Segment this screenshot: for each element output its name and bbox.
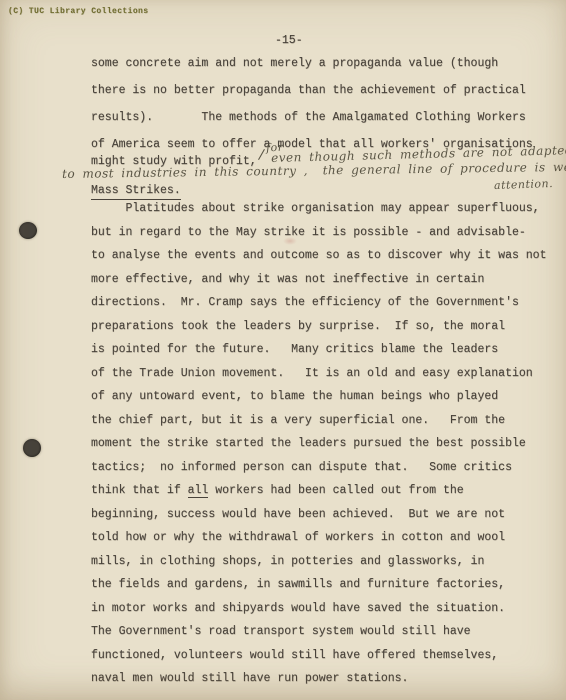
typed-line: Platitudes about strike organisation may… <box>91 197 546 221</box>
handwritten-annotation-line3: attention. <box>494 177 554 192</box>
typed-line: moment the strike started the leaders pu… <box>91 432 546 456</box>
typed-line: some concrete aim and not merely a propa… <box>91 50 533 77</box>
hole-punch-bottom <box>23 439 41 457</box>
typed-line: preparations took the leaders by surpris… <box>91 315 546 339</box>
typed-line: is pointed for the future. Many critics … <box>91 338 546 362</box>
paragraph-two: Platitudes about strike organisation may… <box>91 197 546 691</box>
paragraph-one: some concrete aim and not merely a propa… <box>91 50 533 158</box>
typed-line: but in regard to the May strike it is po… <box>91 221 546 245</box>
typed-line: tactics; no informed person can dispute … <box>91 456 546 480</box>
typed-line: to analyse the events and outcome so as … <box>91 244 546 268</box>
page-number: -15- <box>275 34 303 47</box>
typed-line: of any untoward event, to blame the huma… <box>91 385 546 409</box>
hole-punch-top <box>19 222 37 239</box>
typed-line: the chief part, but it is a very superfi… <box>91 409 546 433</box>
typed-line: mills, in clothing shops, in potteries a… <box>91 550 546 574</box>
typed-line: in motor works and shipyards would have … <box>91 597 546 621</box>
typed-line: there is no better propaganda than the a… <box>91 77 533 104</box>
typed-line: of the Trade Union movement. It is an ol… <box>91 362 546 386</box>
typed-line: the fields and gardens, in sawmills and … <box>91 573 546 597</box>
section-heading-mass-strikes: Mass Strikes. <box>91 184 181 198</box>
typed-line: more effective, and why it was not ineff… <box>91 268 546 292</box>
typed-line: beginning, success would have been achie… <box>91 503 546 527</box>
typed-line: directions. Mr. Cramp says the efficienc… <box>91 291 546 315</box>
typed-line: naval men would still have run power sta… <box>91 667 546 691</box>
scanned-document-page: (C) TUC Library Collections -15- some co… <box>0 0 566 700</box>
typed-line: results). The methods of the Amalgamated… <box>91 104 533 131</box>
typed-line: The Government's road transport system w… <box>91 620 546 644</box>
typed-line: think that if all workers had been calle… <box>91 479 546 503</box>
typed-line: told how or why the withdrawal of worker… <box>91 526 546 550</box>
typed-line: functioned, volunteers would still have … <box>91 644 546 668</box>
library-watermark: (C) TUC Library Collections <box>8 7 148 16</box>
